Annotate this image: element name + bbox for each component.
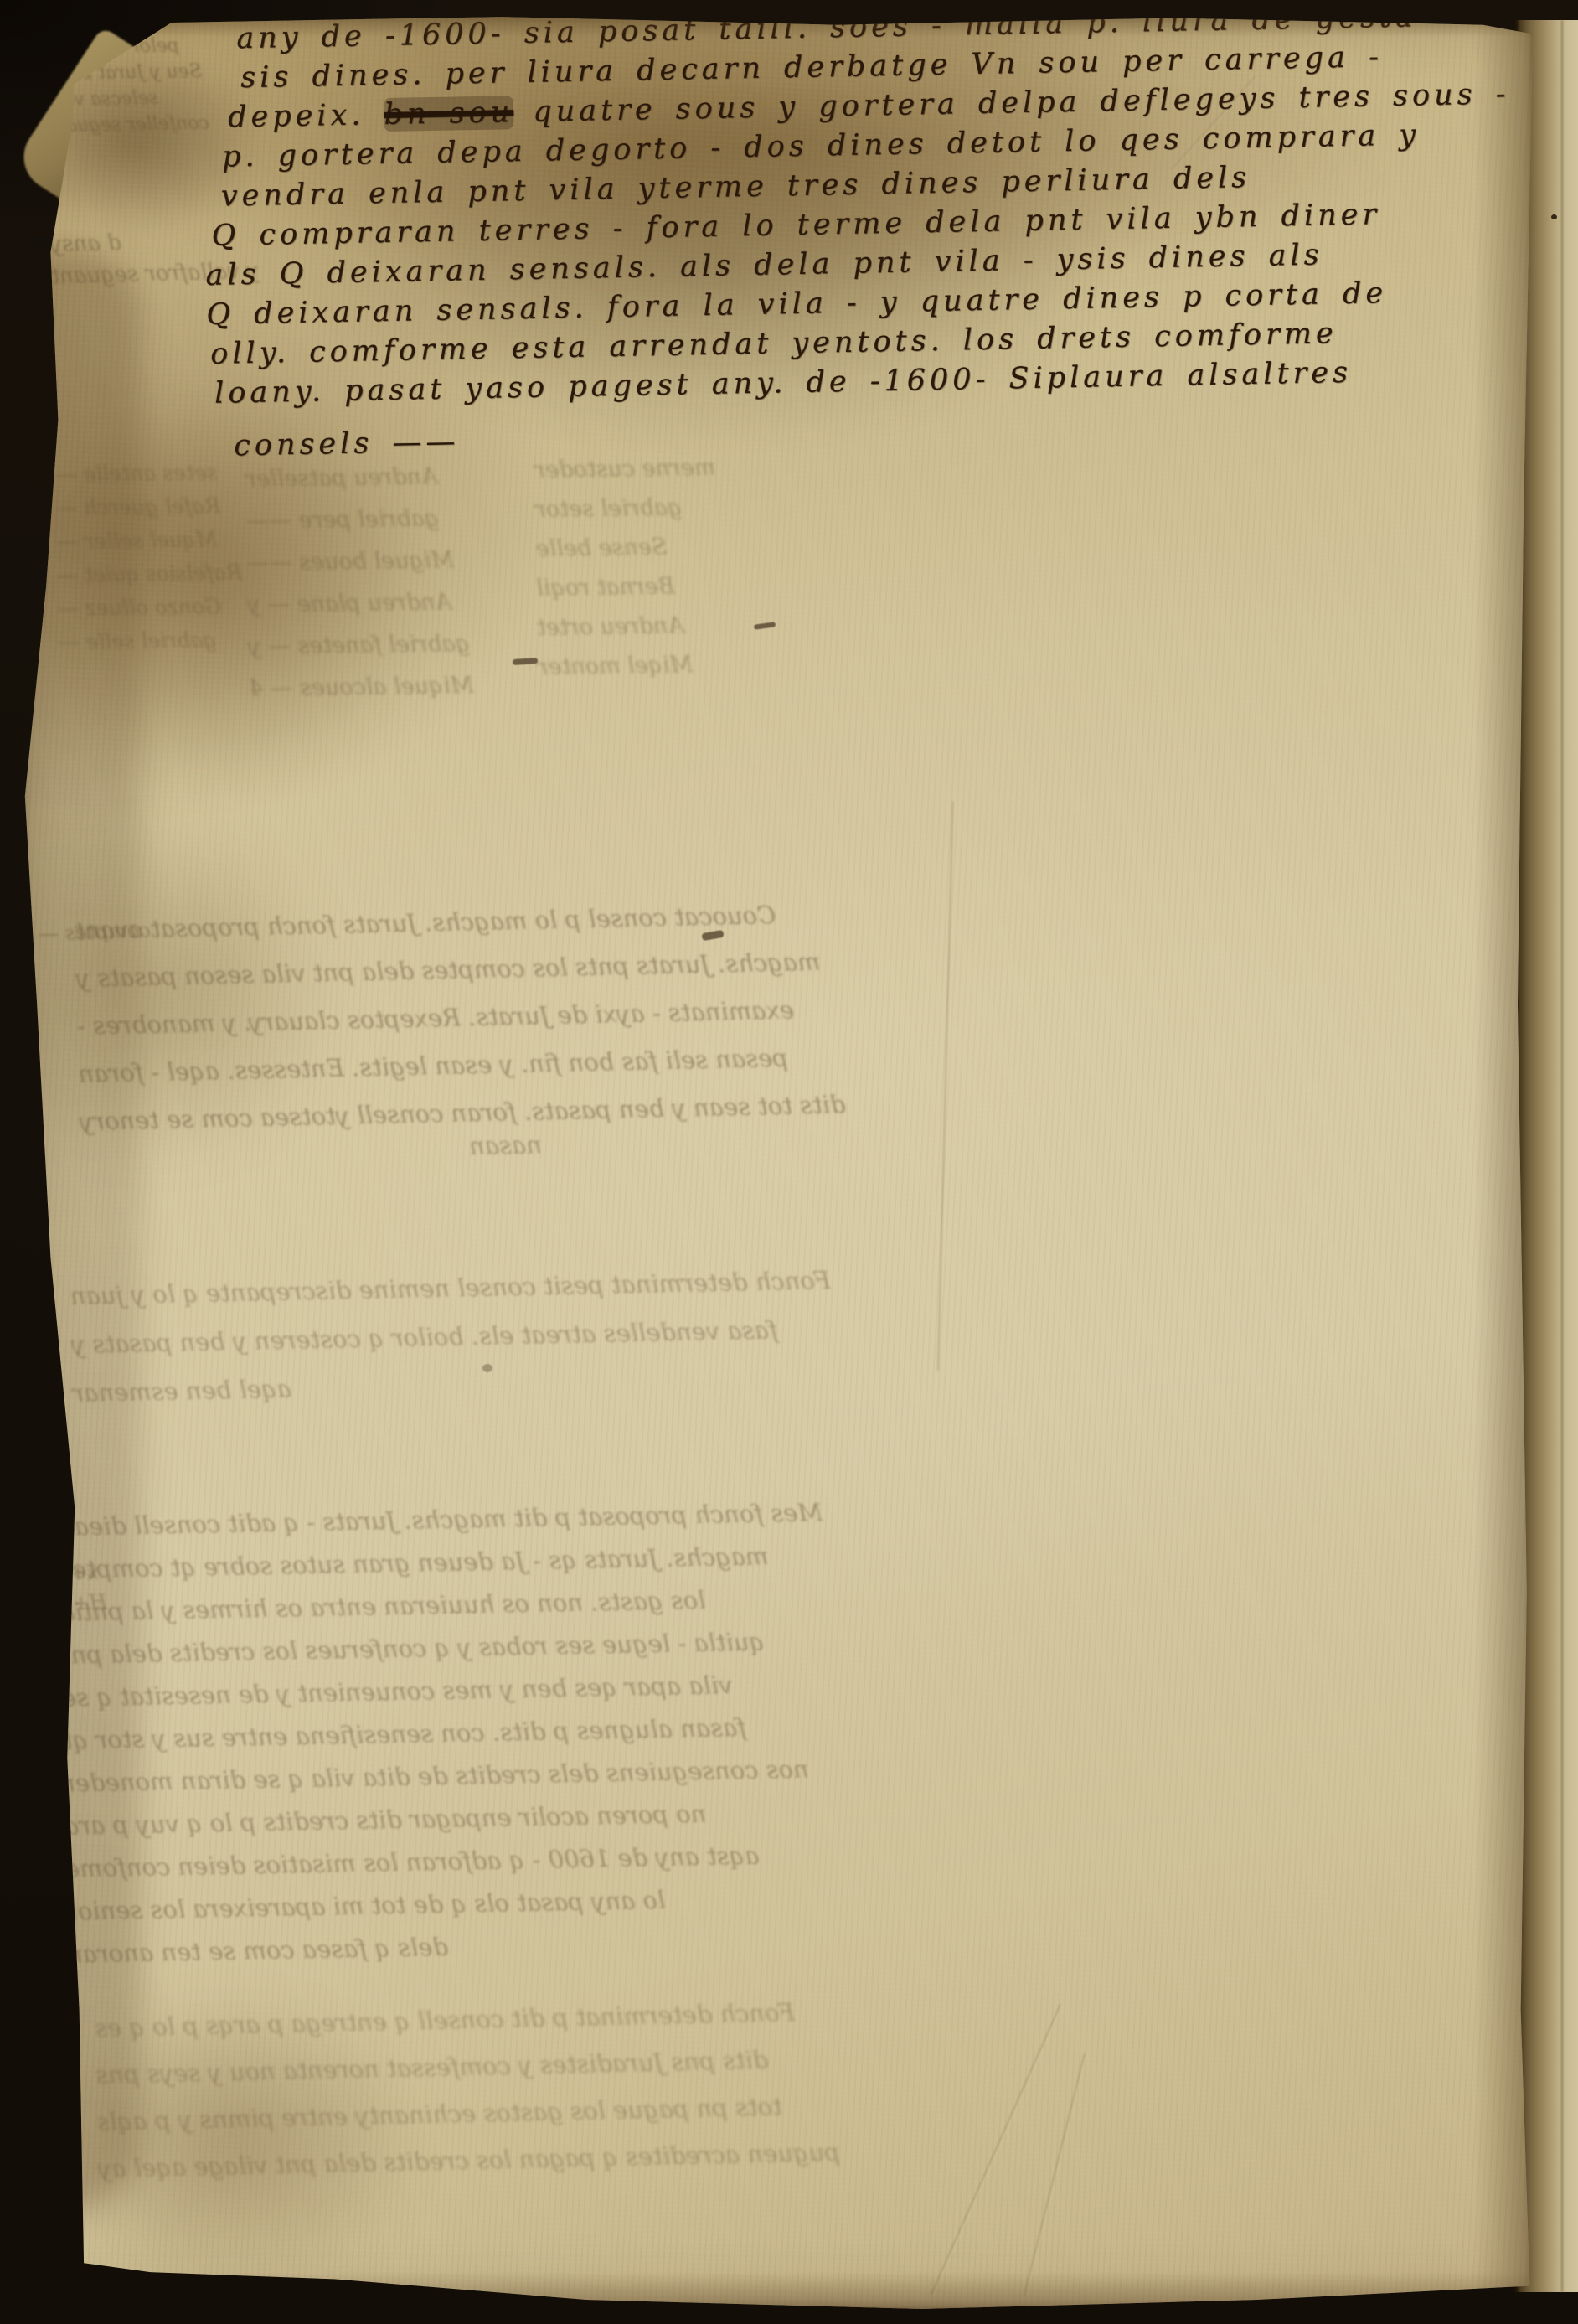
bleedthrough-name: Rafel guerch — [56,488,275,525]
ink-speck [482,1364,492,1372]
bleedthrough-line: Fonch determinat pesit consel nemine dis… [70,1255,866,1320]
ink-dot [1551,214,1557,219]
bleedthrough-name: gabriel pere —— [246,496,549,542]
bleedthrough-line: Mes fonch proposat p dit magchs. Jurats … [59,1490,889,1549]
bleedthrough-name: Sense belle [535,524,863,568]
stain-mid-left [0,818,342,1170]
manuscript-photo: 848 pelor- magcheSeu y Jurat zent-selecs… [0,0,1578,2324]
bleedthrough-line: nos conseguiens dels credits de dita vil… [64,1746,894,1805]
manuscript-page: 848 pelor- magcheSeu y Jurat zent-selecs… [23,13,1533,2309]
bleedthrough-line: x+o+x [29,1554,198,1590]
bleedthrough-name: gabriel fanetes — y [248,622,550,668]
bleedthrough-margin-note-1: comptes — [38,913,227,948]
top-edge-shading [23,13,1533,37]
ink-speck [754,622,776,630]
bleedthrough-line: Fonch determinat p dit consell q entrega… [95,1986,891,2052]
bleedthrough-line: vila apar qes ben y mes conuenient y de … [62,1661,892,1720]
bleedthrough-names-left-column: setes antelle —Rafel guerch —Mquel selle… [55,455,276,659]
bleedthrough-name: Miguel boues —— [246,538,549,584]
bleedthrough-names-middle-column: Andreu patsellergabriel pere ——Miguel bo… [245,455,550,710]
bleedthrough-name: Mquel seller — [56,522,275,559]
stain-left-edge [0,248,141,2208]
bleedthrough-paragraph-4: Fonch determinat p dit consell q entrega… [95,1986,895,2192]
bleedthrough-line: tots pn pague los gastos echinanty entre… [96,2080,893,2146]
bleedthrough-line: magchs. Jurats qs - Ja deuen gran sutos … [59,1533,890,1592]
bleedthrough-line: aqst any de 1600 - q adforan los misatio… [65,1831,895,1890]
bleedthrough-name: Rafelsios quiet — [57,555,276,592]
bleedthrough-line: dits tot sean y ben pasats. foran consel… [79,1080,875,1146]
paper-crease [937,801,954,1371]
bleedthrough-name: gabriel selle — [58,622,276,659]
bleedthrough-name: gabriel setor [535,485,863,529]
ink-speck [701,930,724,941]
bleedthrough-name: Andreu plane — y [247,580,549,626]
paper-crease [1024,2053,1086,2297]
bleedthrough-line: comptes — [38,913,227,948]
bleedthrough-paragraph-1: Couocat consel p lo magchs. Jurats fonch… [75,889,875,1145]
bleedthrough-line: fasa vendelles atreat els. boilor q cost… [70,1304,867,1369]
bleedthrough-paragraph-3: Mes fonch proposat p dit magchs. Jurats … [59,1490,897,1976]
bleedthrough-name: Bernat roqil [536,564,864,607]
bleedthrough-line: Couocat consel p lo magchs. Jurats fonch… [75,889,871,955]
bleedthrough-name: Miquel alcoues — 4 [248,664,550,710]
bleedthrough-line: dits pns Juradistes y comfessat norenta … [95,2033,892,2099]
bleedthrough-name: Andreu ortet [537,603,864,647]
bleedthrough-margin-note-2: x+o+xH+aq= [29,1554,199,1620]
struck-word: bn sou [384,96,513,132]
ink-speck [513,658,538,665]
bleedthrough-paragraph-2: Fonch determinat pesit consel nemine dis… [70,1255,868,1418]
bleedthrough-line: quitla - legue ses robas y q conferues l… [61,1619,891,1677]
bleedthrough-line: aqel ben esmenar [72,1352,869,1418]
bleedthrough-line: H+aq= [30,1584,199,1620]
line-pre: depeix. [228,98,384,134]
bleedthrough-line: puguen acredites q pagan los credits del… [97,2127,894,2192]
bleedthrough-line: pesan seli fas bon fin. y esan legits. E… [78,1032,874,1098]
bleedthrough-names-right-column: merne custodergabriel setorSense belleBe… [534,446,864,686]
bleedthrough-line: magchs. Jurats pnts los comptes dela pnt… [75,937,872,1003]
bleedthrough-line: fasan alugnes p dits. con senesifiena en… [63,1704,893,1763]
bottom-edge-shading [23,2272,1533,2309]
main-text-line: consels —— [234,404,1483,466]
bleedthrough-line: nasan [469,1127,746,1160]
paper-crease [931,2004,1061,2296]
stain-bottom-left [32,1991,425,2292]
bleedthrough-name: Gonzo olluez — [58,589,276,626]
bleedthrough-line: los gasts. non os huuieran entra os hirm… [60,1576,890,1635]
main-text-block: any de -1600- sia posat taill. soes - ma… [201,0,1483,467]
bleedthrough-line: dels q fasea com se ten anoran [66,1917,896,1975]
bleedthrough-line: lo any pasat ols q de tot mi apareixera … [66,1874,896,1933]
bleedthrough-line: no poren acolir enpagar dits credits p l… [64,1789,895,1847]
adjacent-page-crease [1561,20,1563,2292]
bleedthrough-paragraph-1-tail: nasan [469,1127,746,1160]
bleedthrough-line: examinats - ayxi de Jurats. Rexeptos cla… [76,984,873,1051]
bleedthrough-name: Miqel monter [537,643,864,686]
